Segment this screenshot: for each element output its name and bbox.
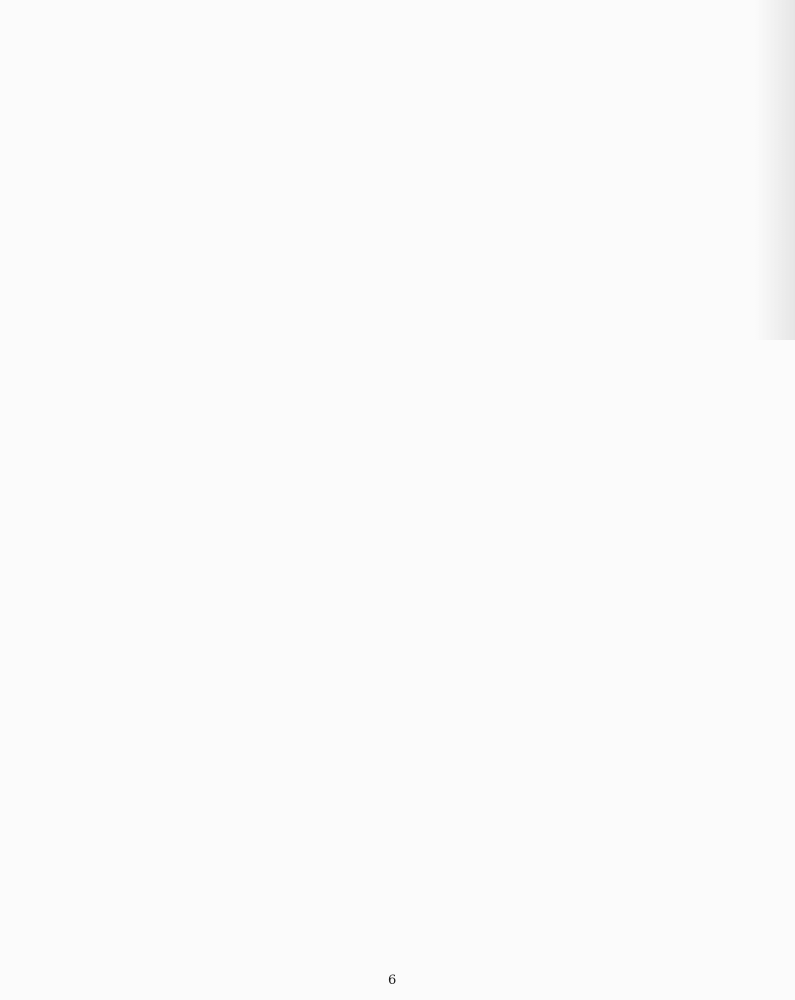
scan-shadow <box>755 0 795 340</box>
page-number: 6 <box>388 973 396 988</box>
scanned-document-page: 6 <box>0 0 795 1000</box>
